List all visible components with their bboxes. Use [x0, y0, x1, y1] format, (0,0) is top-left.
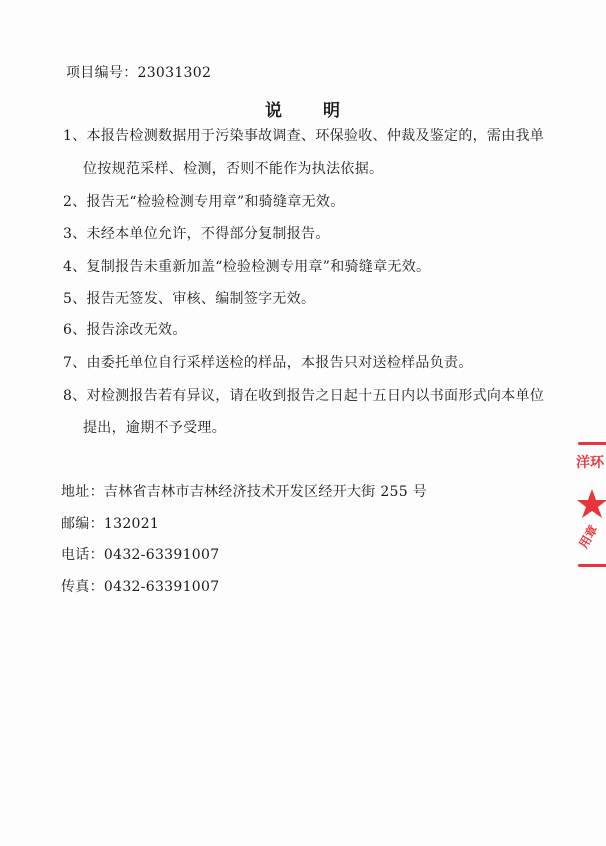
item-number: 4、	[63, 259, 87, 275]
title-char-1: 说	[265, 96, 283, 121]
item-text: 对检测报告若有异议，请在收到报告之日起十五日内以书面形式向本单位	[87, 388, 545, 404]
seal-border-bottom	[578, 564, 606, 567]
item-number: 6、	[63, 322, 87, 338]
list-item: 8、对检测报告若有异议，请在收到报告之日起十五日内以书面形式向本单位	[63, 387, 544, 405]
item-text: 提出，逾期不予受理。	[83, 420, 226, 436]
item-number: 1、	[63, 128, 87, 144]
page-title: 说明	[0, 96, 606, 121]
postcode: 邮编：132021	[61, 515, 159, 533]
item-text: 位按规范采样、检测，否则不能作为执法依据。	[83, 161, 383, 177]
document-page: 项目编号：23031302 说明 1、本报告检测数据用于污染事故调查、环保验收、…	[0, 0, 606, 846]
item-text: 未经本单位允许，不得部分复制报告。	[87, 226, 330, 242]
list-item: 3、未经本单位允许，不得部分复制报告。	[63, 225, 330, 243]
list-item: 2、报告无“检验检测专用章”和骑缝章无效。	[63, 193, 345, 211]
list-item: 5、报告无签发、审核、编制签字无效。	[63, 290, 315, 308]
item-number: 3、	[63, 226, 87, 242]
star-icon	[576, 488, 606, 520]
item-number: 8、	[63, 388, 87, 404]
seal-stamp: 洋环 用章	[570, 440, 606, 570]
item-number: 5、	[63, 291, 87, 307]
title-char-2: 明	[323, 96, 341, 121]
project-number-value: 23031302	[138, 65, 212, 81]
item-text: 由委托单位自行采样送检的样品，本报告只对送检样品负责。	[87, 355, 473, 371]
project-number: 项目编号：23031302	[66, 64, 211, 82]
phone: 电话：0432-63391007	[61, 546, 219, 564]
list-item: 4、复制报告未重新加盖“检验检测专用章”和骑缝章无效。	[63, 258, 430, 276]
list-item-continuation: 提出，逾期不予受理。	[83, 419, 226, 437]
item-text: 报告涂改无效。	[87, 322, 187, 338]
seal-border-top	[578, 442, 606, 445]
address: 地址：吉林省吉林市吉林经济技术开发区经开大街 255 号	[61, 483, 427, 501]
list-item: 6、报告涂改无效。	[63, 321, 187, 339]
fax: 传真：0432-63391007	[61, 578, 219, 596]
list-item-continuation: 位按规范采样、检测，否则不能作为执法依据。	[83, 160, 383, 178]
seal-bottom-text: 用章	[575, 522, 602, 551]
list-item: 1、本报告检测数据用于污染事故调查、环保验收、仲裁及鉴定的，需由我单	[63, 127, 544, 145]
item-number: 2、	[63, 194, 87, 210]
item-text: 复制报告未重新加盖“检验检测专用章”和骑缝章无效。	[87, 259, 431, 275]
seal-top-text: 洋环	[576, 452, 604, 472]
item-text: 本报告检测数据用于污染事故调查、环保验收、仲裁及鉴定的，需由我单	[87, 128, 545, 144]
item-text: 报告无签发、审核、编制签字无效。	[87, 291, 316, 307]
item-text: 报告无“检验检测专用章”和骑缝章无效。	[87, 194, 345, 210]
project-number-label: 项目编号：	[66, 65, 138, 81]
item-number: 7、	[63, 355, 87, 371]
list-item: 7、由委托单位自行采样送检的样品，本报告只对送检样品负责。	[63, 354, 473, 372]
